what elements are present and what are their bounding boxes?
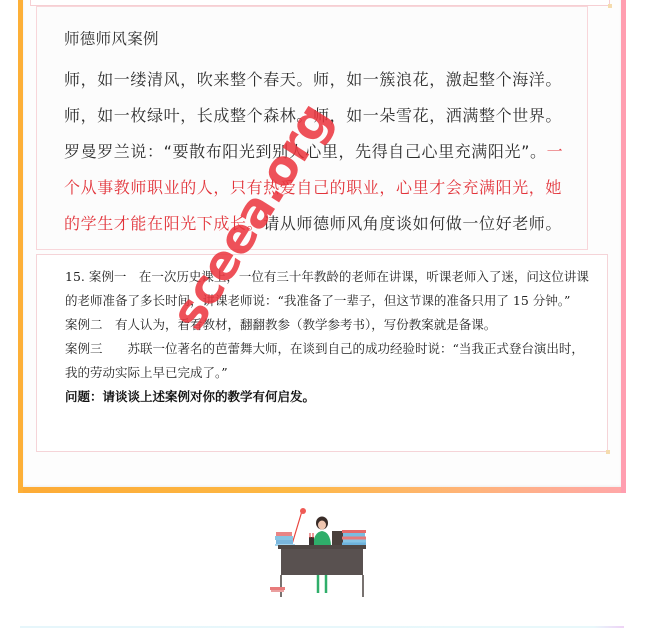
exam-question-card: 15. 案例一 在一次历史课上，一位有三十年教龄的老师在讲课，听课老师入了迷，问… <box>36 254 608 452</box>
question-text: 请从师德师风角度谈如何做一位好老师。 <box>263 214 562 233</box>
case-1: 15. 案例一 在一次历史课上，一位有三十年教龄的老师在讲课，听课老师入了迷，问… <box>65 265 590 313</box>
line-1: 师，如一缕清风，吹来整个春天。师，如一簇浪花，激起整个海洋。 <box>64 70 562 89</box>
corner-mark <box>608 4 612 8</box>
line-2: 师，如一枚绿叶，长成整个森林。师，如一朵雪花，洒满整个世界。 <box>64 106 562 125</box>
teacher-desk-icon <box>270 505 380 600</box>
case-3: 案例三 苏联一位著名的芭蕾舞大师，在谈到自己的成功经验时说：“当我正式登台演出时… <box>65 337 590 385</box>
corner-mark <box>606 450 610 454</box>
card-body: 师，如一缕清风，吹来整个春天。师，如一簇浪花，激起整个海洋。 师，如一枚绿叶，长… <box>64 62 574 242</box>
exam-question-body: 15. 案例一 在一次历史课上，一位有三十年教龄的老师在讲课，听课老师入了迷，问… <box>65 265 590 409</box>
teacher-ethics-case-card: 师德师风案例 师，如一缕清风，吹来整个春天。师，如一簇浪花，激起整个海洋。 师，… <box>36 6 588 250</box>
next-section-top-border <box>20 626 624 628</box>
teacher-at-desk-illustration <box>270 505 380 600</box>
case-2: 案例二 有人认为，看看教材，翻翻教参（教学参考书），写份教案就是备课。 <box>65 313 590 337</box>
exam-question: 问题：请谈谈上述案例对你的教学有何启发。 <box>65 385 590 409</box>
quote-line: 罗曼罗兰说：“要散布阳光到别人心里，先得自己心里充满阳光”。 <box>64 142 547 161</box>
card-title: 师德师风案例 <box>64 27 159 49</box>
